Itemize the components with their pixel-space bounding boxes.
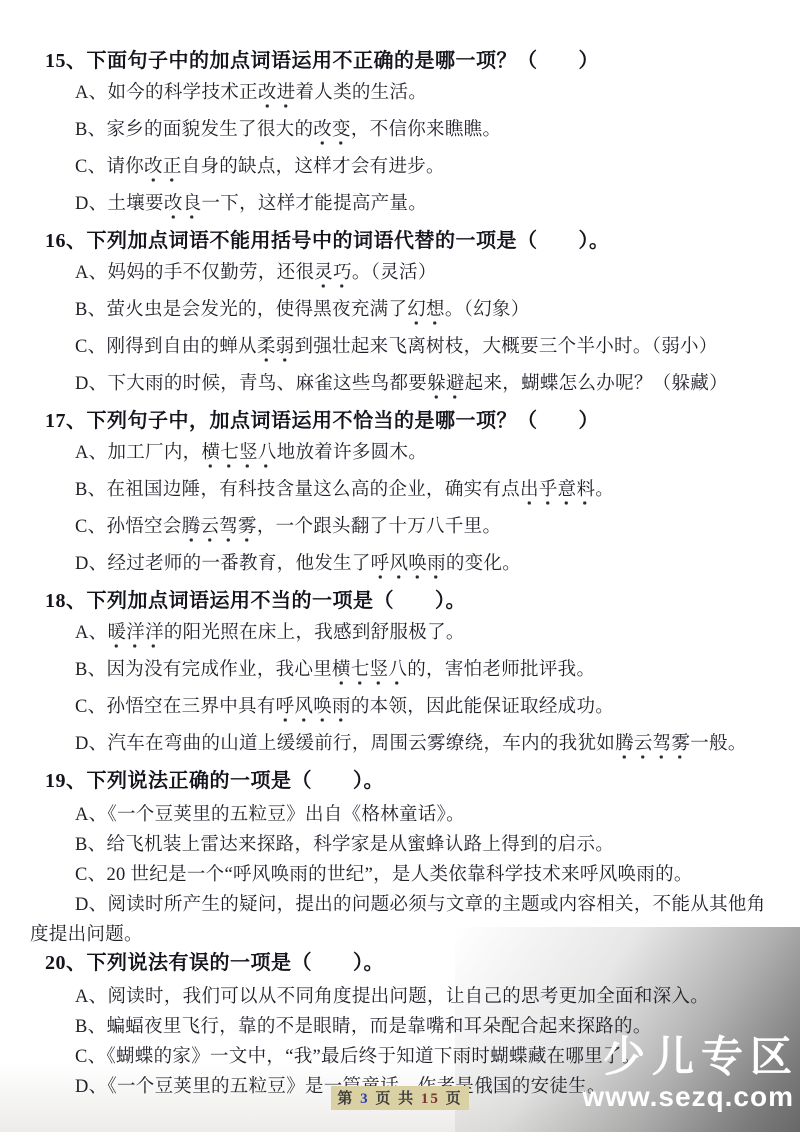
total-page-number: 15 xyxy=(421,1091,440,1107)
option-line-d: D、汽车在弯曲的山道上缓缓前行，周围云雾缭绕，车内的我犹如腾云驾雾一般。 xyxy=(30,731,772,757)
option-line-b: B、家乡的面貌发生了很大的改变，不信你来瞧瞧。 xyxy=(30,117,772,143)
option-text: 一般。 xyxy=(690,734,746,754)
question-17: 17、下列句子中，加点词语运用不恰当的是哪一项？（ ） A、加工厂内，横七竖八地… xyxy=(30,408,772,577)
option-emphasized-text: 腾云驾雾 xyxy=(182,517,257,543)
option-text: D、汽车在弯曲的山道上缓缓前行，周围云雾缭绕，车内的我犹如 xyxy=(75,734,615,754)
option-text: C、孙悟空会 xyxy=(75,517,182,537)
option-emphasized-text: 躲避 xyxy=(427,374,465,400)
option-text: C、《蝴蝶的家》一文中，“我”最后终于知道下雨时蝴蝶藏在哪里了。 xyxy=(75,1047,641,1067)
option-text: ，不信你来瞧瞧。 xyxy=(351,120,501,140)
option-emphasized-text: 灵巧 xyxy=(314,263,352,289)
current-page-number: 3 xyxy=(360,1091,370,1107)
option-text: A、妈妈的手不仅勤劳，还很 xyxy=(75,263,314,283)
option-emphasized-text: 幻想 xyxy=(407,300,445,326)
option-emphasized-text: 横七竖八 xyxy=(201,443,276,469)
option-text: 的本领，因此能保证取经成功。 xyxy=(351,697,614,717)
option-emphasized-text: 改变 xyxy=(313,120,351,146)
option-text: A、 xyxy=(75,623,107,643)
option-line-a: A、加工厂内，横七竖八地放着许多圆木。 xyxy=(30,440,772,466)
option-text: 的阳光照在床上，我感到舒服极了。 xyxy=(164,623,465,643)
option-text: B、因为没有完成作业，我心里 xyxy=(75,660,332,680)
option-emphasized-text: 改正 xyxy=(144,157,182,183)
option-line-a: A、阅读时，我们可以从不同角度提出问题，让自己的思考更加全面和深入。 xyxy=(30,982,772,1012)
option-line-b: B、给飞机装上雷达来探路，科学家是从蜜蜂认路上得到的启示。 xyxy=(30,830,772,860)
option-line-b: B、在祖国边陲，有科技含量这么高的企业，确实有点出乎意料。 xyxy=(30,477,772,503)
option-text: A、加工厂内， xyxy=(75,443,201,463)
option-line-a: A、暖洋洋的阳光照在床上，我感到舒服极了。 xyxy=(30,620,772,646)
option-line-a: A、如今的科学技术正改进着人类的生活。 xyxy=(30,80,772,106)
option-text: D、经过老师的一番教育，他发生了 xyxy=(75,554,371,574)
option-text: 地放着许多圆木。 xyxy=(277,443,427,463)
option-line-c: C、刚得到自由的蝉从柔弱到强壮起来飞离树枝，大概要三个半小时。（弱小） xyxy=(30,334,772,360)
option-text: A、阅读时，我们可以从不同角度提出问题，让自己的思考更加全面和深入。 xyxy=(75,987,709,1007)
exam-page: 15、下面句子中的加点词语运用不正确的是哪一项？（ ） A、如今的科学技术正改进… xyxy=(0,0,800,1132)
option-text: 的，害怕老师批评我。 xyxy=(407,660,595,680)
option-text: C、刚得到自由的蝉从 xyxy=(75,337,257,357)
option-emphasized-text: 出乎意料 xyxy=(520,480,595,506)
page-number-text: 第 3 页 共 15 页 xyxy=(331,1086,468,1110)
option-text: C、孙悟空在三界中具有 xyxy=(75,697,276,717)
option-line-a: A、妈妈的手不仅勤劳，还很灵巧。（灵活） xyxy=(30,260,772,286)
option-line-d: D、经过老师的一番教育，他发生了呼风唤雨的变化。 xyxy=(30,551,772,577)
option-text: ，一个跟头翻了十万八千里。 xyxy=(257,517,501,537)
question-title: 16、下列加点词语不能用括号中的词语代替的一项是（ ）。 xyxy=(30,228,772,254)
option-line-c: C、请你改正自身的缺点，这样才会有进步。 xyxy=(30,154,772,180)
option-emphasized-text: 呼风唤雨 xyxy=(371,554,446,580)
option-emphasized-text: 柔弱 xyxy=(257,337,295,363)
question-list: 15、下面句子中的加点词语运用不正确的是哪一项？（ ） A、如今的科学技术正改进… xyxy=(30,48,772,1102)
question-title: 15、下面句子中的加点词语运用不正确的是哪一项？（ ） xyxy=(30,48,772,74)
option-text: C、20 世纪是一个“呼风唤雨的世纪”，是人类依靠科学技术来呼风唤雨的。 xyxy=(75,865,693,885)
option-text: D、下大雨的时候，青鸟、麻雀这些鸟都要 xyxy=(75,374,427,394)
footer-label: 第 xyxy=(337,1091,360,1107)
option-text: B、蝙蝠夜里飞行，靠的不是眼睛，而是靠嘴和耳朵配合起来探路的。 xyxy=(75,1017,652,1037)
option-text: 自身的缺点，这样才会有进步。 xyxy=(182,157,445,177)
option-text: 着人类的生活。 xyxy=(295,83,427,103)
option-text: D、土壤要 xyxy=(75,194,164,214)
option-text: 。 xyxy=(595,480,614,500)
question-title: 20、下列说法有误的一项是（ ）。 xyxy=(30,950,772,976)
option-text: A、如今的科学技术正 xyxy=(75,83,258,103)
option-text: 。（灵活） xyxy=(352,263,437,283)
option-text: 的变化。 xyxy=(446,554,521,574)
option-emphasized-text: 呼风唤雨 xyxy=(276,697,351,723)
watermark-title: 少儿专区 xyxy=(582,1032,799,1082)
question-title: 18、下列加点词语运用不当的一项是（ ）。 xyxy=(30,588,772,614)
option-text: 。（幻象） xyxy=(445,300,530,320)
question-19: 19、下列说法正确的一项是（ ）。 A、《一个豆荚里的五粒豆》出自《格林童话》。… xyxy=(30,768,772,950)
option-emphasized-text: 暖洋洋 xyxy=(107,623,163,649)
option-line-c: C、20 世纪是一个“呼风唤雨的世纪”，是人类依靠科学技术来呼风唤雨的。 xyxy=(30,860,772,890)
question-15: 15、下面句子中的加点词语运用不正确的是哪一项？（ ） A、如今的科学技术正改进… xyxy=(30,48,772,217)
option-line-d: D、下大雨的时候，青鸟、麻雀这些鸟都要躲避起来，蝴蝶怎么办呢？（躲藏） xyxy=(30,371,772,397)
option-text: B、家乡的面貌发生了很大的 xyxy=(75,120,313,140)
option-emphasized-text: 改进 xyxy=(258,83,296,109)
option-text: B、在祖国边陲，有科技含量这么高的企业，确实有点 xyxy=(75,480,520,500)
option-emphasized-text: 改良 xyxy=(164,194,202,220)
option-line-d: D、阅读时所产生的疑问，提出的问题必须与文章的主题或内容相关，不能从其他角度提出… xyxy=(30,890,772,950)
watermark-url: www.sezq.com xyxy=(582,1082,794,1112)
option-emphasized-text: 腾云驾雾 xyxy=(615,734,690,760)
footer-label: 页 共 xyxy=(370,1091,421,1107)
option-text: 一下，这样才能提高产量。 xyxy=(201,194,427,214)
option-line-d: D、土壤要改良一下，这样才能提高产量。 xyxy=(30,191,772,217)
option-emphasized-text: 横七竖八 xyxy=(332,660,407,686)
option-text: C、请你 xyxy=(75,157,144,177)
question-title: 19、下列说法正确的一项是（ ）。 xyxy=(30,768,772,794)
footer-label: 页 xyxy=(440,1091,463,1107)
option-line-b: B、萤火虫是会发光的，使得黑夜充满了幻想。（幻象） xyxy=(30,297,772,323)
option-line-c: C、孙悟空在三界中具有呼风唤雨的本领，因此能保证取经成功。 xyxy=(30,694,772,720)
question-18: 18、下列加点词语运用不当的一项是（ ）。 A、暖洋洋的阳光照在床上，我感到舒服… xyxy=(30,588,772,757)
watermark: 少儿专区 www.sezq.com xyxy=(582,1032,794,1112)
question-title: 17、下列句子中，加点词语运用不恰当的是哪一项？（ ） xyxy=(30,408,772,434)
option-line-c: C、孙悟空会腾云驾雾，一个跟头翻了十万八千里。 xyxy=(30,514,772,540)
question-16: 16、下列加点词语不能用括号中的词语代替的一项是（ ）。 A、妈妈的手不仅勤劳，… xyxy=(30,228,772,397)
option-text: 到强壮起来飞离树枝，大概要三个半小时。（弱小） xyxy=(294,337,717,357)
option-text: B、萤火虫是会发光的，使得黑夜充满了 xyxy=(75,300,407,320)
option-text: D、阅读时所产生的疑问，提出的问题必须与文章的主题或内容相关，不能从其他角度提出… xyxy=(30,895,765,945)
option-line-b: B、因为没有完成作业，我心里横七竖八的，害怕老师批评我。 xyxy=(30,657,772,683)
option-line-a: A、《一个豆荚里的五粒豆》出自《格林童话》。 xyxy=(30,800,772,830)
option-text: A、《一个豆荚里的五粒豆》出自《格林童话》。 xyxy=(75,805,465,825)
option-text: B、给飞机装上雷达来探路，科学家是从蜜蜂认路上得到的启示。 xyxy=(75,835,614,855)
option-text: 起来，蝴蝶怎么办呢？（躲藏） xyxy=(465,374,728,394)
